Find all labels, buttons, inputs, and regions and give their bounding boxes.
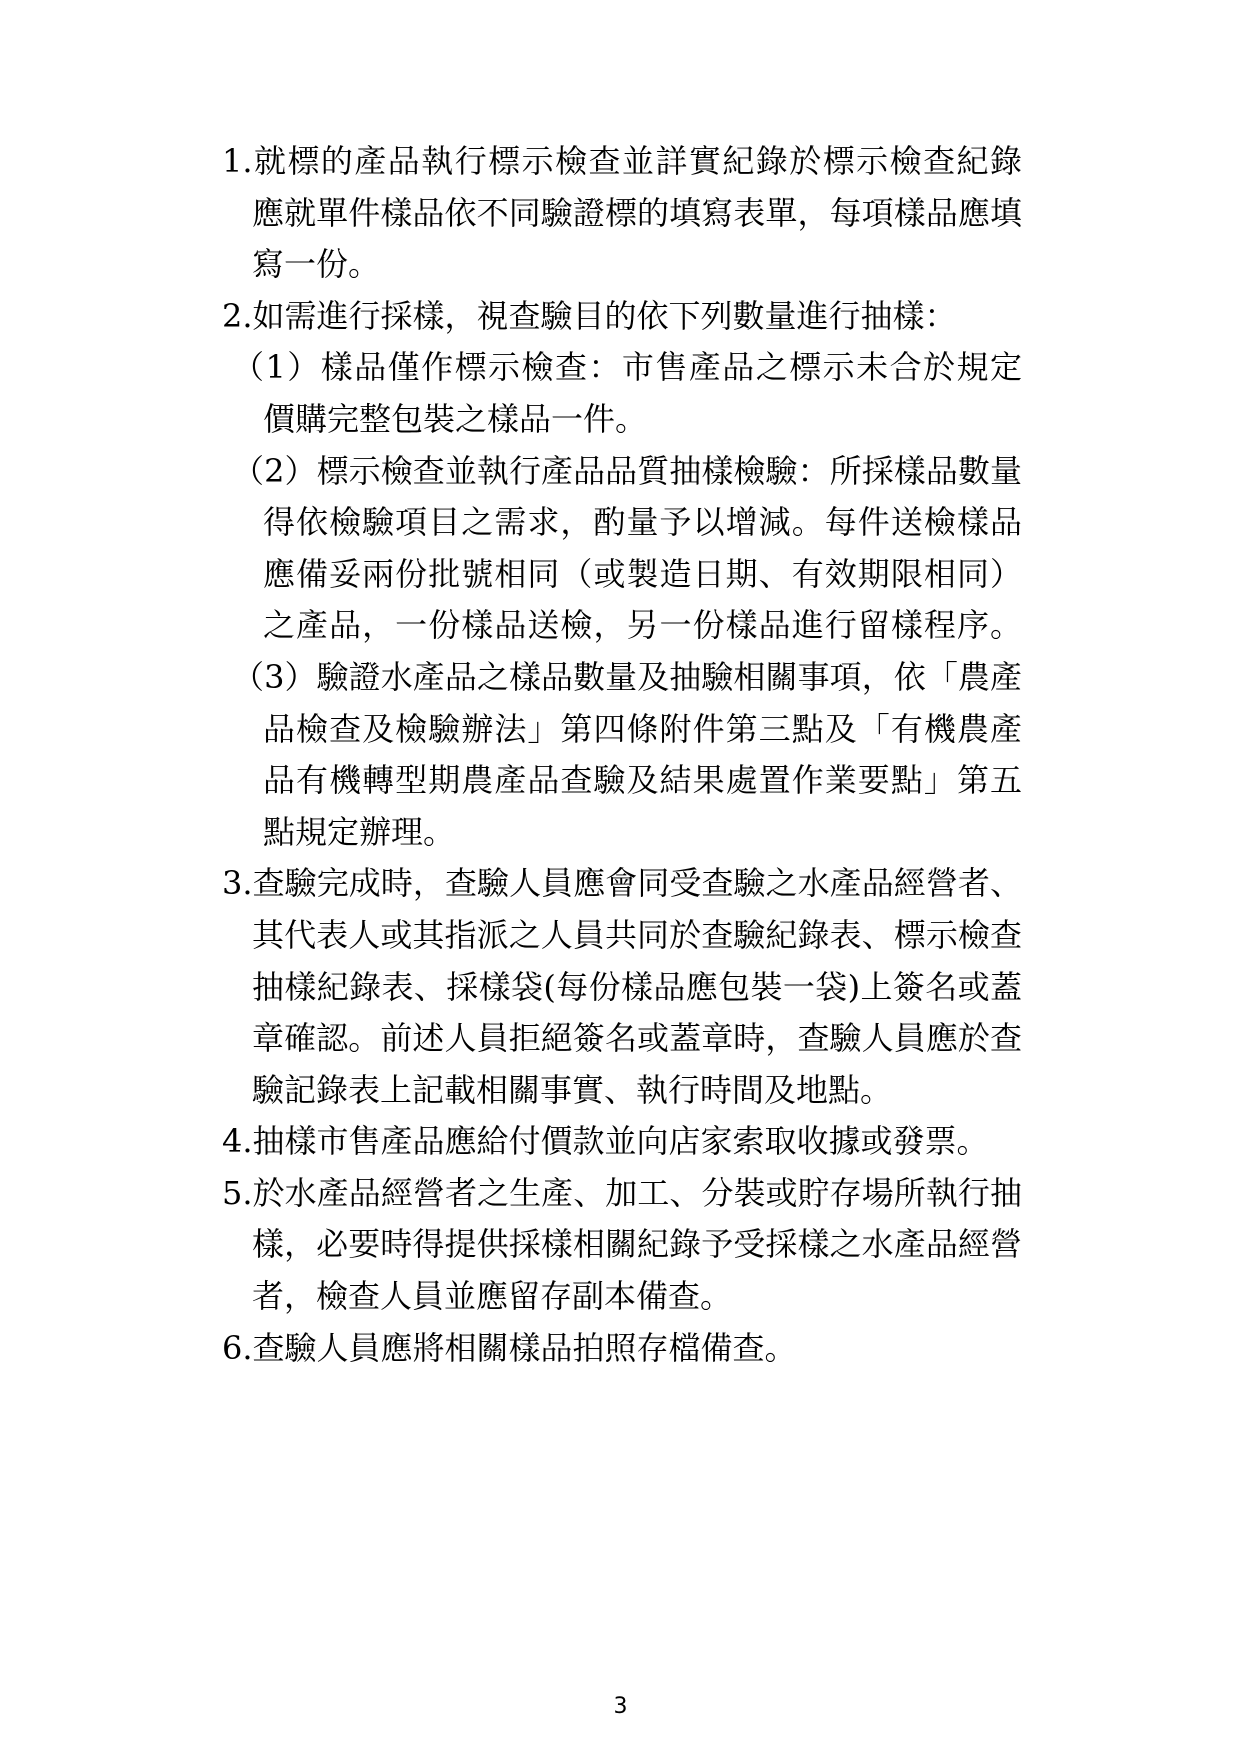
line-text: 查驗完成時，查驗人員應會同受查驗之水產品經營者、 [253, 864, 1022, 902]
text-block: 1.就標的產品執行標示檢查並詳實紀錄於標示檢查紀錄表， 應就單件樣品依不同驗證標… [222, 136, 1022, 1374]
list-marker: （3） [232, 658, 317, 696]
line-text: 抽樣紀錄表、採樣袋(每份樣品應包裝一袋)上簽名或蓋 [252, 968, 1022, 1006]
list-line: 價購完整包裝之樣品一件。 [222, 394, 1022, 446]
list-marker: 6. [222, 1329, 253, 1367]
list-line: （3）驗證水產品之樣品數量及抽驗相關事項，依「農產 [222, 652, 1022, 704]
line-text: 就標的產品執行標示檢查並詳實紀錄於標示檢查紀錄表， [222, 142, 1022, 188]
line-text: 其代表人或其指派之人員共同於查驗紀錄表、標示檢查 [252, 916, 1022, 954]
list-marker: （1） [232, 348, 321, 386]
line-text: 驗記錄表上記載相關事實、執行時間及地點。 [252, 1071, 892, 1109]
document-page: 1.就標的產品執行標示檢查並詳實紀錄於標示檢查紀錄表， 應就單件樣品依不同驗證標… [0, 0, 1241, 1755]
line-text: 品檢查及檢驗辦法」第四條附件第三點及「有機農產 [263, 710, 1022, 748]
line-text: 抽樣市售產品應給付價款並向店家索取收據或發票。 [253, 1122, 989, 1160]
list-line: 品有機轉型期農產品查驗及結果處置作業要點」第五 [222, 755, 1022, 807]
list-line: 之產品，一份樣品送檢，另一份樣品進行留樣程序。 [222, 600, 1022, 652]
line-text: 標示檢查並執行產品品質抽樣檢驗：所採樣品數量 [317, 452, 1022, 490]
line-text: 得依檢驗項目之需求，酌量予以增減。每件送檢樣品 [263, 503, 1022, 541]
line-text: 價購完整包裝之樣品一件。 [263, 400, 647, 438]
list-line: 樣，必要時得提供採樣相關紀錄予受採樣之水產品經營 [222, 1219, 1022, 1271]
line-text: 點規定辦理。 [263, 813, 455, 851]
list-line: 2.如需進行採樣，視查驗目的依下列數量進行抽樣： [222, 291, 1022, 343]
line-text: 查驗人員應將相關樣品拍照存檔備查。 [253, 1329, 797, 1367]
list-line: 應就單件樣品依不同驗證標的填寫表單，每項樣品應填 [222, 188, 1022, 240]
line-text: 驗證水產品之樣品數量及抽驗相關事項，依「農產 [317, 658, 1022, 696]
line-text: 應就單件樣品依不同驗證標的填寫表單，每項樣品應填 [252, 194, 1022, 232]
list-line: 者，檢查人員並應留存副本備查。 [222, 1271, 1022, 1323]
line-text: 如需進行採樣，視查驗目的依下列數量進行抽樣： [253, 297, 957, 335]
line-text: 寫一份。 [252, 245, 380, 283]
list-line: 1.就標的產品執行標示檢查並詳實紀錄於標示檢查紀錄表， [222, 136, 1022, 188]
list-line: 其代表人或其指派之人員共同於查驗紀錄表、標示檢查 [222, 910, 1022, 962]
list-marker: 5. [222, 1174, 253, 1212]
list-line: （2）標示檢查並執行產品品質抽樣檢驗：所採樣品數量 [222, 446, 1022, 498]
list-line: 驗記錄表上記載相關事實、執行時間及地點。 [222, 1065, 1022, 1117]
line-text: 應備妥兩份批號相同（或製造日期、有效期限相同） [263, 555, 1022, 593]
list-marker: 2. [222, 297, 253, 335]
line-text: 章確認。前述人員拒絕簽名或蓋章時，查驗人員應於查 [252, 1019, 1022, 1057]
line-text: 者，檢查人員並應留存副本備查。 [252, 1277, 732, 1315]
line-text: 品有機轉型期農產品查驗及結果處置作業要點」第五 [263, 761, 1022, 799]
line-text: 樣，必要時得提供採樣相關紀錄予受採樣之水產品經營 [252, 1225, 1022, 1263]
list-line: 品檢查及檢驗辦法」第四條附件第三點及「有機農產 [222, 704, 1022, 756]
list-line: 4.抽樣市售產品應給付價款並向店家索取收據或發票。 [222, 1116, 1022, 1168]
list-marker: 1. [222, 142, 253, 180]
list-line: 寫一份。 [222, 239, 1022, 291]
page-number: 3 [0, 1692, 1241, 1722]
line-text: 之產品，一份樣品送檢，另一份樣品進行留樣程序。 [263, 606, 1022, 644]
list-line: 應備妥兩份批號相同（或製造日期、有效期限相同） [222, 549, 1022, 601]
list-line: 得依檢驗項目之需求，酌量予以增減。每件送檢樣品 [222, 497, 1022, 549]
list-marker: （2） [232, 452, 317, 490]
list-line: 5.於水產品經營者之生產、加工、分裝或貯存場所執行抽 [222, 1168, 1022, 1220]
list-line: 3.查驗完成時，查驗人員應會同受查驗之水產品經營者、 [222, 858, 1022, 910]
list-line: 6.查驗人員應將相關樣品拍照存檔備查。 [222, 1323, 1022, 1375]
line-text: 於水產品經營者之生產、加工、分裝或貯存場所執行抽 [253, 1174, 1022, 1212]
list-line: 點規定辦理。 [222, 807, 1022, 859]
list-marker: 3. [222, 864, 253, 902]
list-line: （1）樣品僅作標示檢查：市售產品之標示未合於規定者， [222, 342, 1022, 394]
list-line: 抽樣紀錄表、採樣袋(每份樣品應包裝一袋)上簽名或蓋 [222, 962, 1022, 1014]
line-text: 樣品僅作標示檢查：市售產品之標示未合於規定者， [232, 348, 1022, 394]
list-marker: 4. [222, 1122, 253, 1160]
list-line: 章確認。前述人員拒絕簽名或蓋章時，查驗人員應於查 [222, 1013, 1022, 1065]
